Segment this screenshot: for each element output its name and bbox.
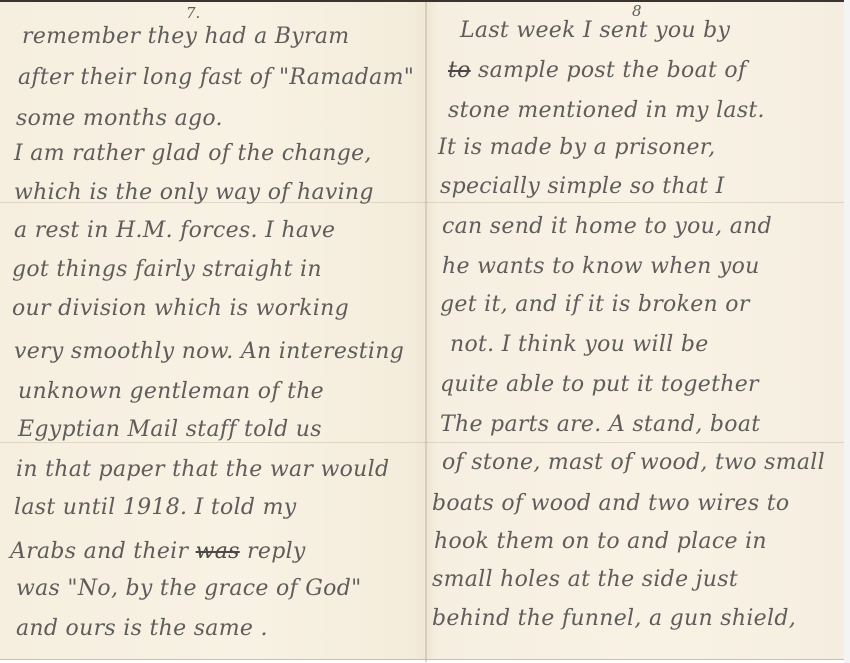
struck-out-word: to (448, 58, 471, 83)
handwritten-line: Last week I sent you by (460, 18, 730, 43)
handwritten-line: he wants to know when you (442, 254, 760, 279)
handwritten-line: hook them on to and place in (434, 529, 767, 554)
line-text: sample post the boat of (471, 58, 747, 83)
line-text: reply (240, 539, 306, 564)
handwritten-line: Egyptian Mail staff told us (18, 417, 322, 442)
handwritten-line: of stone, mast of wood, two small (442, 450, 825, 475)
handwritten-line: can send it home to you, and (442, 214, 772, 239)
handwritten-line: a rest in H.M. forces. I have (14, 218, 335, 243)
handwritten-line: The parts are. A stand, boat (440, 412, 760, 437)
handwritten-line: small holes at the side just (432, 567, 738, 592)
vertical-fold-crease (425, 2, 427, 662)
handwritten-line: unknown gentleman of the (18, 379, 324, 404)
handwritten-line: not. I think you will be (450, 332, 709, 357)
handwritten-line: It is made by a prisoner, (438, 135, 715, 160)
struck-out-word: was (196, 539, 240, 564)
handwritten-line: which is the only way of having (14, 180, 374, 205)
scan-margin (844, 0, 850, 663)
handwritten-line: quite able to put it together (440, 372, 759, 397)
handwritten-line: after their long fast of "Ramadam" (18, 65, 414, 90)
handwritten-line: got things fairly straight in (12, 257, 322, 282)
handwritten-line: in that paper that the war would (16, 457, 389, 482)
horizontal-fold-crease (0, 442, 844, 443)
handwritten-line: I am rather glad of the change, (14, 141, 372, 166)
handwritten-line: and ours is the same . (16, 616, 268, 641)
handwritten-line: Arabs and their was reply (10, 539, 306, 564)
handwritten-line: get it, and if it is broken or (440, 292, 750, 317)
page-number: 7. (186, 4, 200, 22)
handwritten-line: behind the funnel, a gun shield, (432, 606, 796, 631)
letter-sheet: 7. remember they had a Byram after their… (0, 0, 844, 660)
line-text: Arabs and their (10, 539, 196, 564)
handwritten-line: was "No, by the grace of God" (16, 576, 362, 601)
handwritten-line: specially simple so that I (440, 174, 725, 199)
handwritten-line: our division which is working (12, 296, 349, 321)
handwritten-line: remember they had a Byram (22, 24, 349, 49)
handwritten-line: to sample post the boat of (448, 58, 746, 83)
handwritten-line: very smoothly now. An interesting (14, 339, 404, 364)
handwritten-line: stone mentioned in my last. (448, 98, 765, 123)
handwritten-line: last until 1918. I told my (14, 495, 296, 520)
handwritten-line: boats of wood and two wires to (432, 491, 789, 516)
handwritten-line: some months ago. (16, 106, 223, 131)
